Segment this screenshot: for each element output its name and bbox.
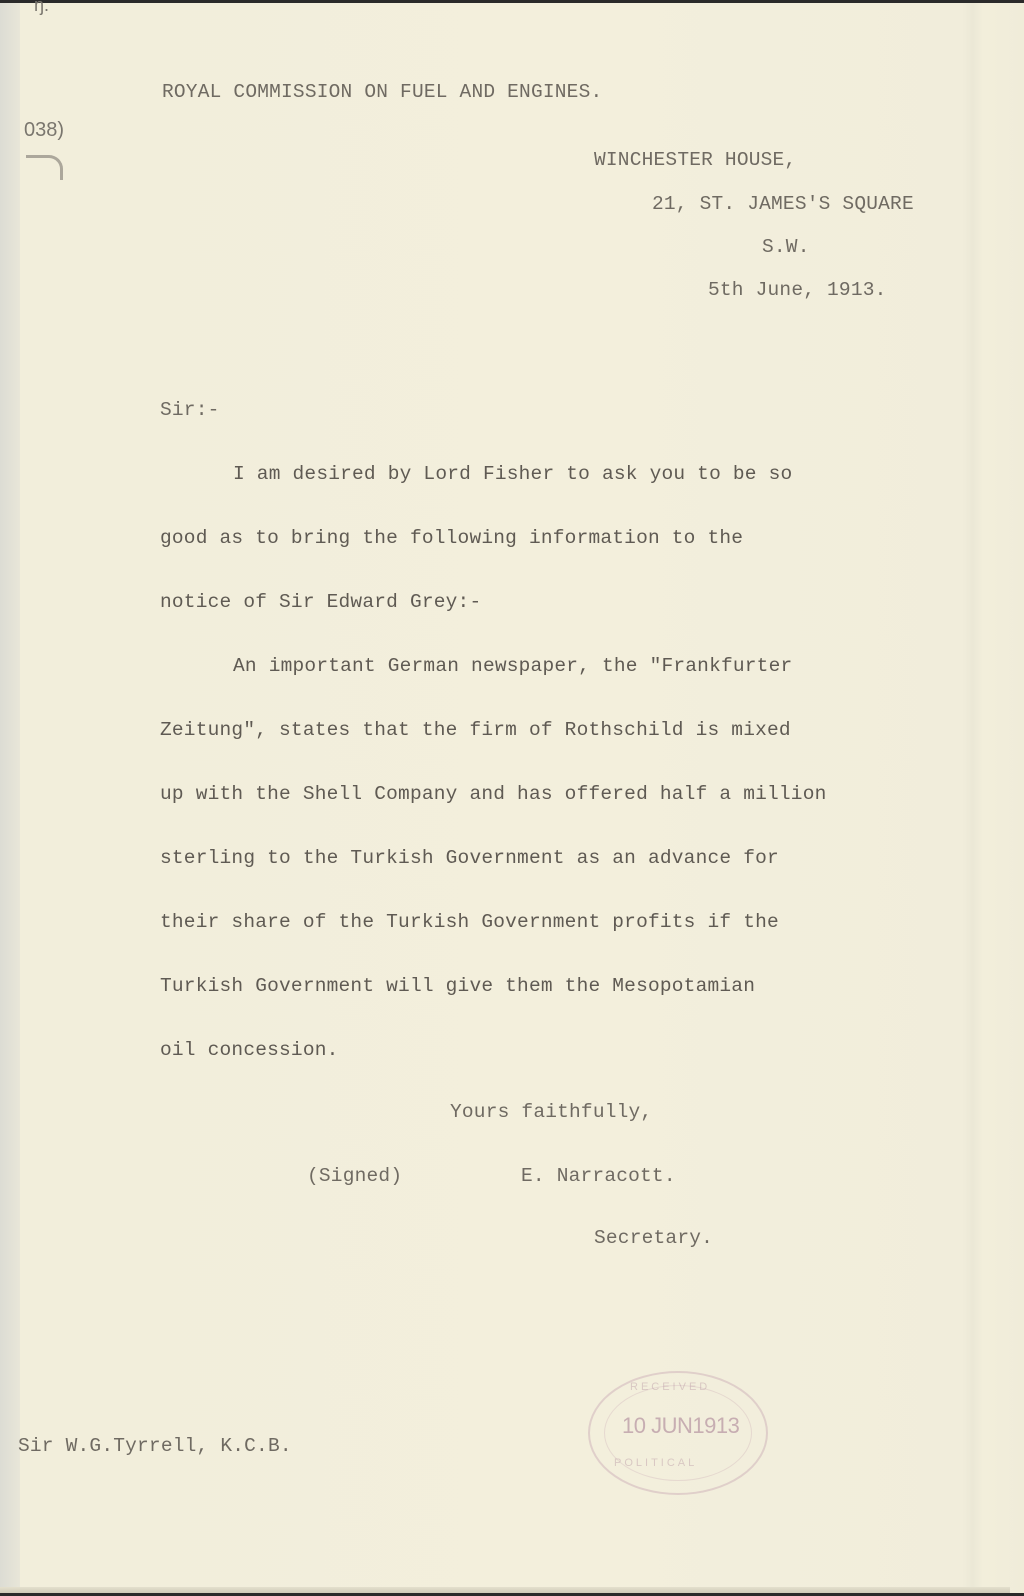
closing: Yours faithfully, xyxy=(450,1101,652,1123)
corner-mark: ŋ. xyxy=(34,0,49,16)
letterhead-title: ROYAL COMMISSION ON FUEL AND ENGINES. xyxy=(162,81,602,103)
signed-label: (Signed) xyxy=(307,1165,402,1187)
recipient: Sir W.G.Tyrrell, K.C.B. xyxy=(18,1435,292,1457)
letter-page: ŋ. 038) ROYAL COMMISSION ON FUEL AND ENG… xyxy=(0,3,1024,1593)
margin-reference-note: 038) xyxy=(24,119,64,142)
stamp-date: 10 JUN1913 xyxy=(622,1413,739,1439)
body-line: notice of Sir Edward Grey:- xyxy=(160,591,481,613)
body-line: I am desired by Lord Fisher to ask you t… xyxy=(233,463,792,485)
received-stamp: RECEIVED 10 JUN1913 POLITICAL xyxy=(588,1371,768,1495)
body-line: their share of the Turkish Government pr… xyxy=(160,911,779,933)
signatory-name: E. Narracott. xyxy=(521,1165,676,1187)
address-line-3: S.W. xyxy=(762,236,810,258)
address-line-2: 21, ST. JAMES'S SQUARE xyxy=(652,193,914,215)
page-left-edge xyxy=(0,3,20,1593)
body-line: Zeitung", states that the firm of Rothsc… xyxy=(160,719,791,741)
body-line: An important German newspaper, the "Fran… xyxy=(233,655,792,677)
body-line: good as to bring the following informati… xyxy=(160,527,743,549)
stamp-top-text: RECEIVED xyxy=(630,1381,710,1393)
body-line: sterling to the Turkish Government as an… xyxy=(160,847,779,869)
torn-mark-icon xyxy=(26,155,63,180)
address-line-1: WINCHESTER HOUSE, xyxy=(594,149,796,171)
letter-date: 5th June, 1913. xyxy=(708,279,887,301)
page-bottom-fold xyxy=(0,1587,1010,1593)
body-line: Turkish Government will give them the Me… xyxy=(160,975,755,997)
salutation: Sir:- xyxy=(160,399,220,421)
body-line: oil concession. xyxy=(160,1039,339,1061)
signatory-title: Secretary. xyxy=(594,1227,713,1249)
body-line: up with the Shell Company and has offere… xyxy=(160,783,827,805)
stamp-bottom-text: POLITICAL xyxy=(614,1457,697,1469)
